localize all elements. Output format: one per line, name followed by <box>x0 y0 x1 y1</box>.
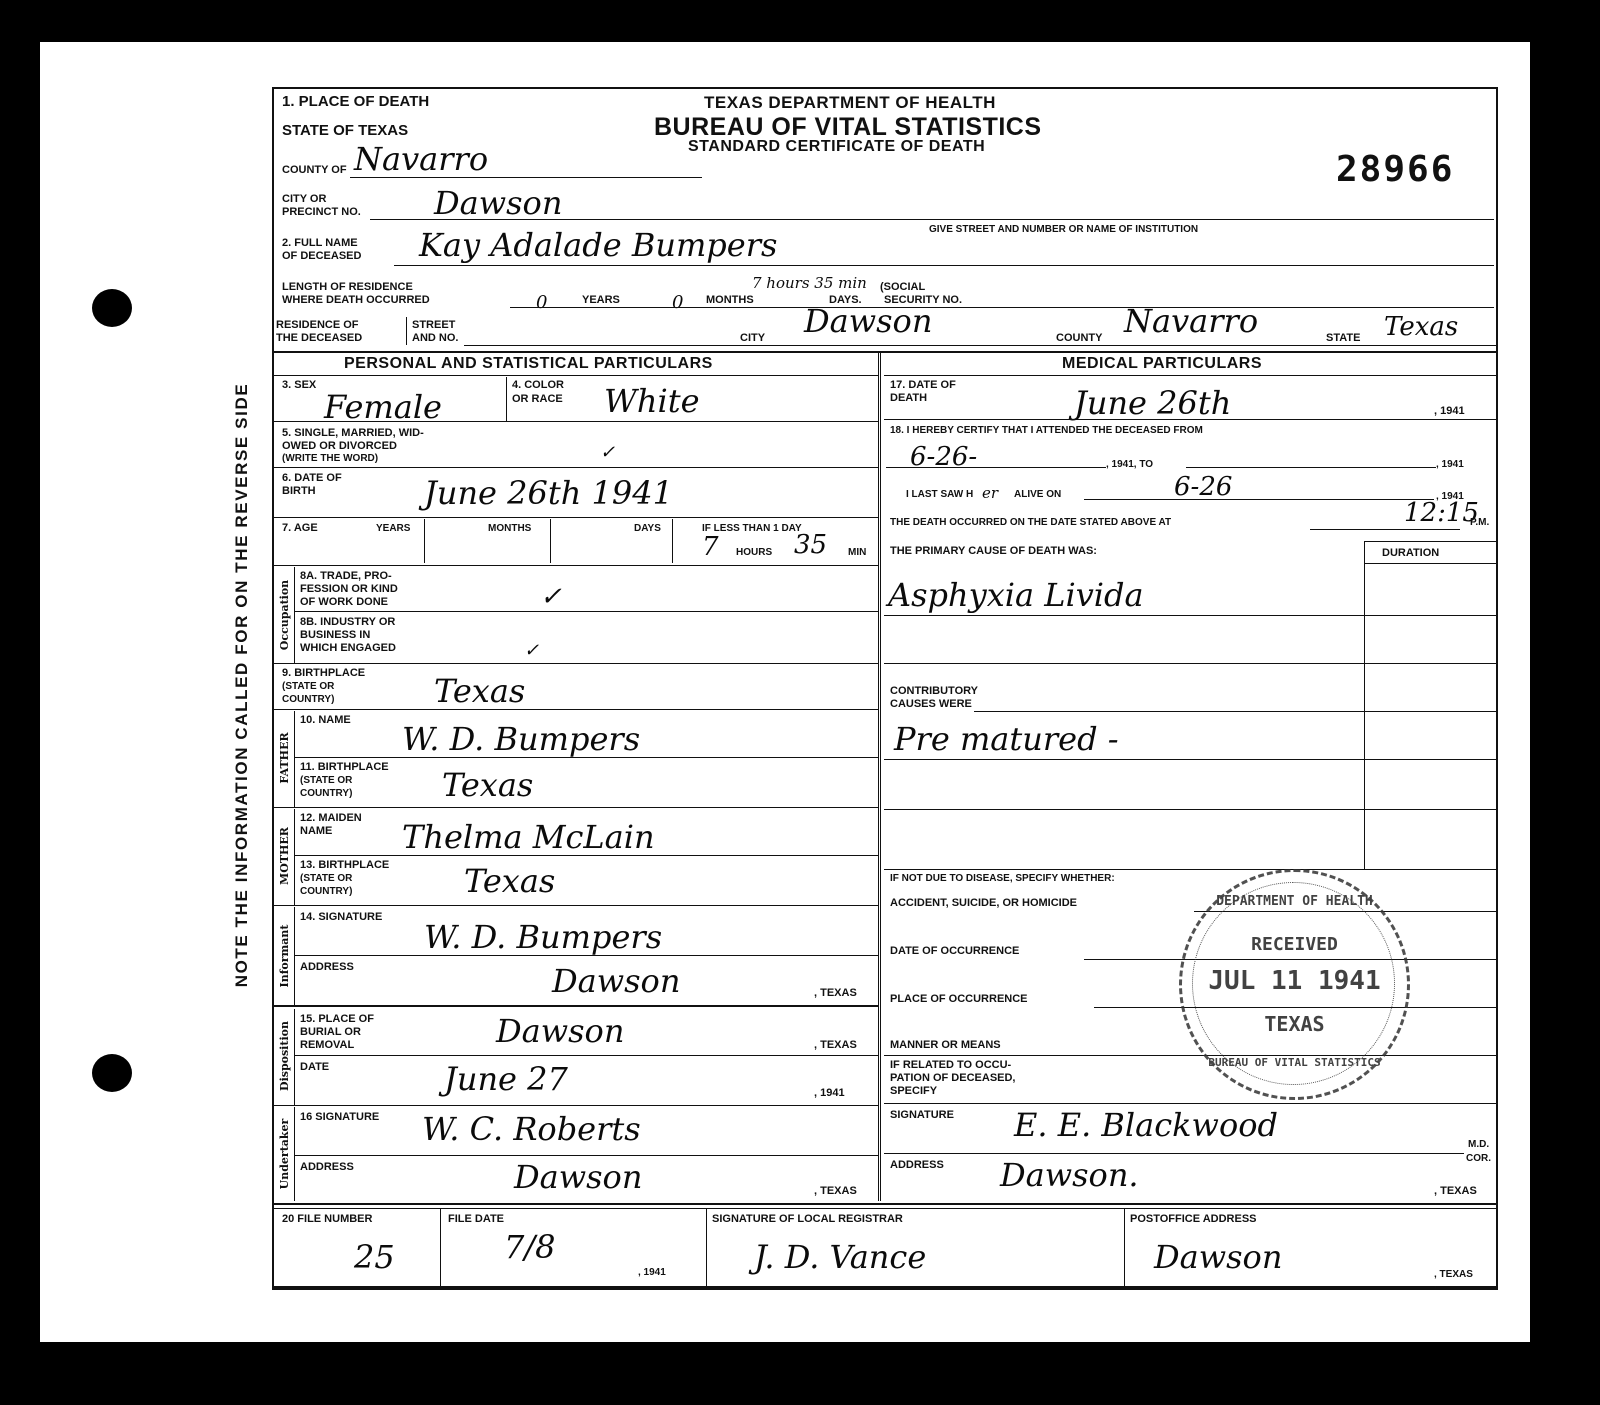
postoffice-label: POSTOFFICE ADDRESS <box>1130 1213 1257 1226</box>
industry-label-1: 8B. INDUSTRY OR <box>300 616 395 629</box>
undertaker-signature-label: 16 SIGNATURE <box>300 1111 379 1124</box>
birthplace-label-2: (STATE OR <box>282 681 334 693</box>
duration-label: DURATION <box>1382 547 1439 560</box>
registrar-label: SIGNATURE OF LOCAL REGISTRAR <box>712 1213 903 1226</box>
informant-state: , TEXAS <box>814 987 857 1000</box>
race-label-2: OR RACE <box>512 393 563 406</box>
residence-label-1: RESIDENCE OF <box>276 319 359 332</box>
burial-place-value: Dawson <box>496 1013 624 1049</box>
mother-birthplace-label-3: COUNTRY) <box>300 886 352 898</box>
race-value: White <box>604 383 700 419</box>
last-saw-label-1: I LAST SAW H <box>906 489 973 501</box>
manner-label: MANNER OR MEANS <box>890 1039 1001 1052</box>
residence-years-value: 0 <box>536 285 547 321</box>
medical-section-title: MEDICAL PARTICULARS <box>1062 355 1262 373</box>
dob-value: June 26th 1941 <box>424 475 673 511</box>
city-value: Dawson <box>434 185 562 221</box>
mother-maiden-label-2: NAME <box>300 825 332 838</box>
attended-from-value: 6-26- <box>910 439 977 475</box>
last-saw-label-2: ALIVE ON <box>1014 489 1061 501</box>
trade-label-3: OF WORK DONE <box>300 596 388 609</box>
mother-birthplace-label-1: 13. BIRTHPLACE <box>300 859 389 872</box>
marital-label-1: 5. SINGLE, MARRIED, WID- <box>282 427 424 440</box>
residence-city-label: CITY <box>740 332 765 345</box>
age-label: 7. AGE <box>282 522 318 535</box>
death-time-label: THE DEATH OCCURRED ON THE DATE STATED AB… <box>890 517 1171 529</box>
occurrence-date-label: DATE OF OCCURRENCE <box>890 945 1019 958</box>
age-days-label: DAYS <box>634 523 661 535</box>
birthplace-label-1: 9. BIRTHPLACE <box>282 667 365 680</box>
physician-address-value: Dawson. <box>1000 1157 1139 1193</box>
file-number-label: 20 FILE NUMBER <box>282 1213 372 1226</box>
residence-county-label: COUNTY <box>1056 332 1102 345</box>
sex-value: Female <box>324 389 442 425</box>
state-label: STATE OF TEXAS <box>282 124 408 138</box>
undertaker-group-label: Undertaker <box>278 1107 291 1201</box>
informant-signature-label: 14. SIGNATURE <box>300 911 382 924</box>
death-time-suffix: P.M. <box>1470 517 1489 529</box>
ssn-label-1: (SOCIAL <box>880 281 925 294</box>
form-title: STANDARD CERTIFICATE OF DEATH <box>688 138 985 156</box>
burial-place-label-1: 15. PLACE OF <box>300 1013 374 1026</box>
birthplace-value: Texas <box>434 673 525 709</box>
postoffice-value: Dawson <box>1154 1239 1282 1275</box>
file-date-value: 7/8 <box>504 1229 556 1265</box>
trade-value: ✓ <box>540 579 562 615</box>
residence-city-value: Dawson <box>804 303 932 339</box>
death-time-value: 12:15 <box>1404 495 1479 531</box>
industry-label-2: BUSINESS IN <box>300 629 370 642</box>
dod-label-2: DEATH <box>890 392 927 405</box>
undertaker-state: , TEXAS <box>814 1185 857 1198</box>
undertaker-address-label: ADDRESS <box>300 1161 354 1174</box>
physician-signature-label: SIGNATURE <box>890 1109 954 1122</box>
contributory-label-1: CONTRIBUTORY <box>890 685 978 698</box>
occurrence-place-label: PLACE OF OCCURRENCE <box>890 993 1028 1006</box>
age-min-label: MIN <box>848 547 866 559</box>
age-hours-label: HOURS <box>736 547 772 559</box>
attended-from-year: , 1941, TO <box>1106 459 1153 471</box>
contributory-value: Pre matured - <box>894 721 1119 757</box>
county-label: COUNTY OF <box>282 164 347 177</box>
father-group-label: FATHER <box>278 709 291 807</box>
certify-label: 18. I HEREBY CERTIFY THAT I ATTENDED THE… <box>890 425 1203 437</box>
mother-maiden-label-1: 12. MAIDEN <box>300 812 362 825</box>
primary-cause-value: Asphyxia Livida <box>888 577 1144 613</box>
stamp-top-arc: DEPARTMENT OF HEALTH <box>1182 894 1407 909</box>
marital-label-3: (WRITE THE WORD) <box>282 453 378 465</box>
mother-birthplace-value: Texas <box>464 863 555 899</box>
informant-address-value: Dawson <box>552 963 680 999</box>
contributory-label-2: CAUSES WERE <box>890 698 972 711</box>
received-stamp: DEPARTMENT OF HEALTH RECEIVED JUL 11 194… <box>1179 869 1410 1100</box>
informant-group-label: Informant <box>278 907 291 1005</box>
mother-maiden-value: Thelma McLain <box>402 819 655 855</box>
occupation-related-label-1: IF RELATED TO OCCU- <box>890 1059 1011 1072</box>
residence-length-label-2: WHERE DEATH OCCURRED <box>282 294 430 307</box>
age-hours-value: 7 <box>702 529 719 565</box>
residence-state-value: Texas <box>1384 309 1458 345</box>
residence-state-label: STATE <box>1326 332 1360 345</box>
personal-section-title: PERSONAL AND STATISTICAL PARTICULARS <box>344 355 713 373</box>
sex-label: 3. SEX <box>282 379 316 392</box>
file-year: , 1941 <box>638 1267 666 1279</box>
disposition-group-label: Disposition <box>278 1007 291 1105</box>
deceased-name: Kay Adalade Bumpers <box>419 227 777 263</box>
burial-place-label-3: REMOVAL <box>300 1039 354 1052</box>
street-label-1: STREET <box>412 319 455 332</box>
full-name-label-1: 2. FULL NAME <box>282 237 358 250</box>
burial-date-value: June 27 <box>444 1061 568 1097</box>
death-certificate-form: 1. PLACE OF DEATH STATE OF TEXAS TEXAS D… <box>272 87 1498 1290</box>
marital-label-2: OWED OR DIVORCED <box>282 440 397 453</box>
city-label-1: CITY OR <box>282 193 326 206</box>
dod-year: , 1941 <box>1434 405 1465 418</box>
physician-address-label: ADDRESS <box>890 1159 944 1172</box>
residence-label-2: THE DECEASED <box>276 332 362 345</box>
dod-value: June 26th <box>1074 385 1231 421</box>
certificate-number: 28966 <box>1336 149 1454 190</box>
punch-hole <box>92 289 132 327</box>
department-title: TEXAS DEPARTMENT OF HEALTH <box>704 93 996 113</box>
marital-value: ✓ <box>600 435 615 471</box>
burial-date-label: DATE <box>300 1061 329 1074</box>
months-label: MONTHS <box>706 294 754 307</box>
occupation-related-label-3: SPECIFY <box>890 1085 937 1098</box>
reverse-side-note: NOTE THE INFORMATION CALLED FOR ON THE R… <box>232 325 262 1045</box>
informant-address-label: ADDRESS <box>300 961 354 974</box>
postoffice-state: , TEXAS <box>1434 1269 1473 1281</box>
burial-state: , TEXAS <box>814 1039 857 1052</box>
not-disease-label: IF NOT DUE TO DISEASE, SPECIFY WHETHER: <box>890 873 1115 885</box>
file-date-label: FILE DATE <box>448 1213 504 1226</box>
informant-signature-value: W. D. Bumpers <box>424 919 662 955</box>
residence-months-value: 0 <box>672 285 683 321</box>
registrar-signature: J. D. Vance <box>754 1239 926 1275</box>
md-label: M.D. <box>1468 1139 1489 1151</box>
father-name-value: W. D. Bumpers <box>402 721 640 757</box>
attended-to-year: , 1941 <box>1436 459 1464 471</box>
stamp-state: TEXAS <box>1182 1012 1407 1036</box>
cor-label: COR. <box>1466 1153 1491 1165</box>
father-name-label: 10. NAME <box>300 714 351 727</box>
dob-label-2: BIRTH <box>282 485 316 498</box>
undertaker-signature-value: W. C. Roberts <box>422 1111 641 1147</box>
burial-place-label-2: BURIAL OR <box>300 1026 361 1039</box>
punch-hole <box>92 1054 132 1092</box>
trade-label-1: 8A. TRADE, PRO- <box>300 570 392 583</box>
institution-label: GIVE STREET AND NUMBER OR NAME OF INSTIT… <box>929 224 1198 236</box>
last-saw-pronoun: er <box>982 475 998 511</box>
occupation-group-label: Occupation <box>278 567 291 663</box>
dod-label-1: 17. DATE OF <box>890 379 956 392</box>
dob-label-1: 6. DATE OF <box>282 472 342 485</box>
birthplace-label-3: COUNTRY) <box>282 694 334 706</box>
years-label: YEARS <box>582 294 620 307</box>
age-months-label: MONTHS <box>488 523 531 535</box>
place-of-death-label: 1. PLACE OF DEATH <box>282 95 429 109</box>
physician-signature-value: E. E. Blackwood <box>1014 1107 1278 1143</box>
undertaker-address-value: Dawson <box>514 1159 642 1195</box>
occupation-related-label-2: PATION OF DECEASED, <box>890 1072 1016 1085</box>
stamp-received: RECEIVED <box>1182 934 1407 955</box>
father-birthplace-label-3: COUNTRY) <box>300 788 352 800</box>
father-birthplace-value: Texas <box>442 767 533 803</box>
burial-year: , 1941 <box>814 1087 845 1100</box>
age-min-value: 35 <box>794 527 827 563</box>
county-value: Navarro <box>354 141 488 177</box>
race-label-1: 4. COLOR <box>512 379 564 392</box>
father-birthplace-label-2: (STATE OR <box>300 775 352 787</box>
accident-label: ACCIDENT, SUICIDE, OR HOMICIDE <box>890 897 1077 910</box>
father-birthplace-label-1: 11. BIRTHPLACE <box>300 761 389 774</box>
residence-county-value: Navarro <box>1124 303 1258 339</box>
file-number-value: 25 <box>354 1239 395 1275</box>
industry-label-3: WHICH ENGAGED <box>300 642 396 655</box>
stamp-date: JUL 11 1941 <box>1182 966 1407 996</box>
primary-cause-label: THE PRIMARY CAUSE OF DEATH WAS: <box>890 545 1097 558</box>
age-years-label: YEARS <box>376 523 410 535</box>
residence-length-label-1: LENGTH OF RESIDENCE <box>282 281 413 294</box>
city-label-2: PRECINCT NO. <box>282 206 361 219</box>
mother-group-label: MOTHER <box>278 807 291 905</box>
mother-birthplace-label-2: (STATE OR <box>300 873 352 885</box>
physician-state: , TEXAS <box>1434 1185 1477 1198</box>
full-name-label-2: OF DECEASED <box>282 250 361 263</box>
stamp-bottom-arc: BUREAU OF VITAL STATISTICS <box>1182 1056 1407 1069</box>
trade-label-2: FESSION OR KIND <box>300 583 398 596</box>
street-label-2: AND NO. <box>412 332 458 345</box>
